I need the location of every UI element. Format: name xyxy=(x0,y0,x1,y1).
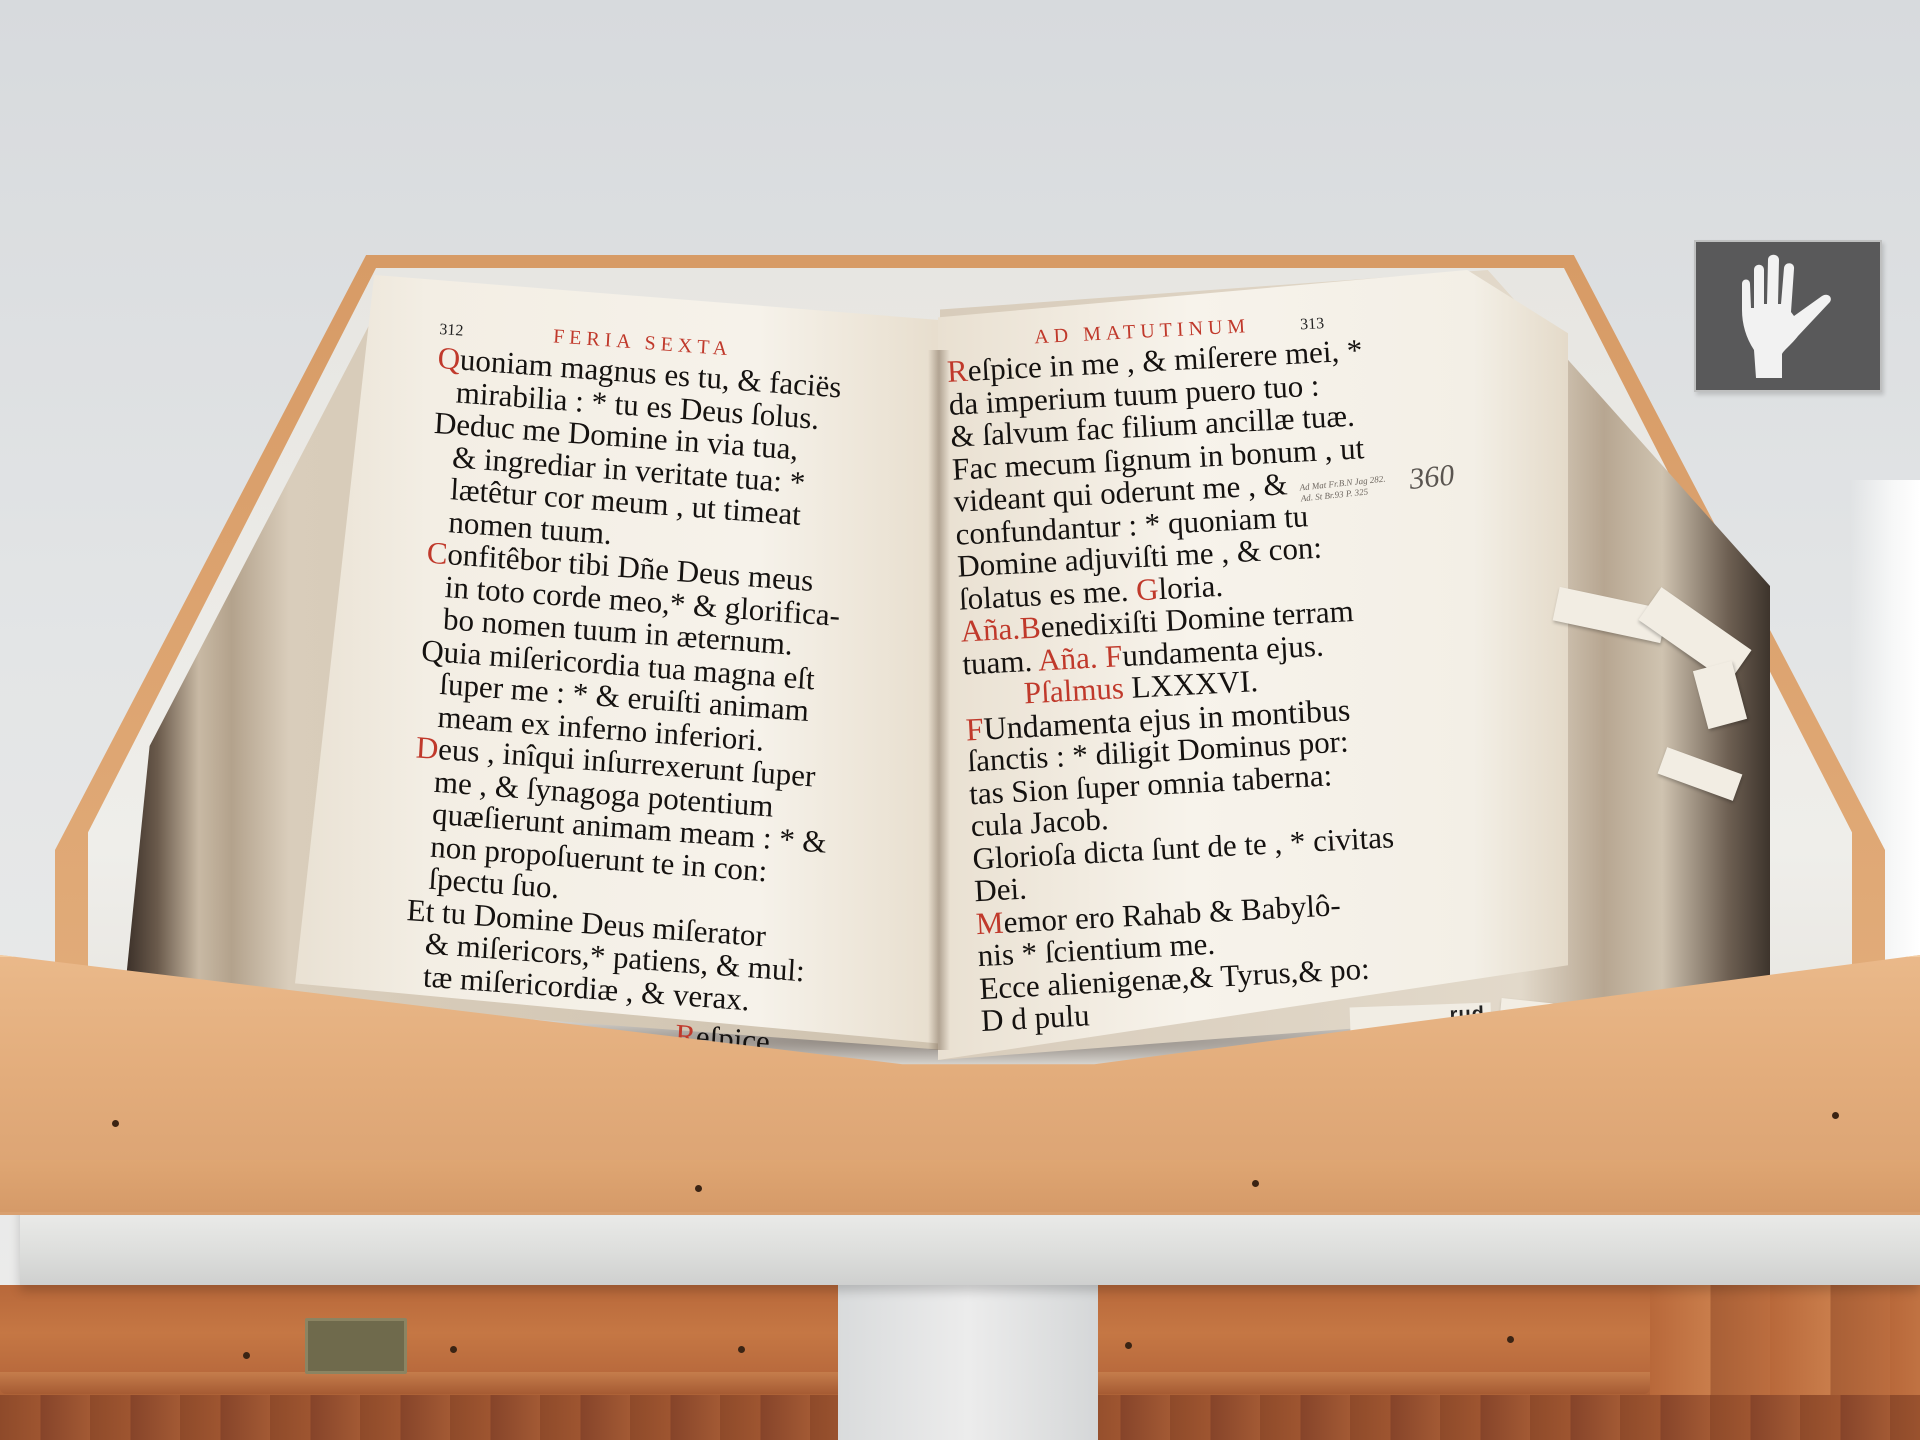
screw-icon xyxy=(1832,1112,1839,1119)
line-text: D d pulu xyxy=(980,997,1090,1038)
rubric-initial: C xyxy=(426,535,449,571)
display-case-base-band xyxy=(0,1160,1920,1212)
rubric-initial: B xyxy=(1019,609,1041,645)
rubric-initial: F xyxy=(965,710,985,747)
annotation-number: 360 xyxy=(1408,458,1456,497)
do-not-touch-sign xyxy=(1694,240,1882,392)
rubric-word: G xyxy=(1135,571,1159,607)
hand-stop-icon xyxy=(1736,254,1840,378)
page-number: 312 xyxy=(439,321,464,340)
screw-icon xyxy=(1507,1336,1514,1343)
screw-icon xyxy=(1252,1180,1259,1187)
right-page-text: AD MATUTINUM 313 Reſpice in me , & miſer… xyxy=(945,307,1451,1037)
screw-icon xyxy=(1125,1342,1132,1349)
paneling-rail xyxy=(0,1372,1650,1394)
screw-icon xyxy=(112,1120,119,1127)
floor-outlet-cover xyxy=(305,1318,407,1374)
screw-icon xyxy=(695,1185,702,1192)
screw-icon xyxy=(738,1346,745,1353)
left-page-text: 312 FERIA SEXTA Quoniam magnus es tu, & … xyxy=(400,318,939,1068)
screw-icon xyxy=(243,1352,250,1359)
screw-icon xyxy=(450,1346,457,1353)
rubric-initial: M xyxy=(975,904,1004,940)
rubric-initial: Q xyxy=(437,340,461,377)
page-number: 313 xyxy=(1300,315,1325,333)
rubric-initial: R xyxy=(946,353,968,389)
pedestal-leg xyxy=(838,1275,1098,1440)
rubric-initial: D xyxy=(415,729,439,766)
